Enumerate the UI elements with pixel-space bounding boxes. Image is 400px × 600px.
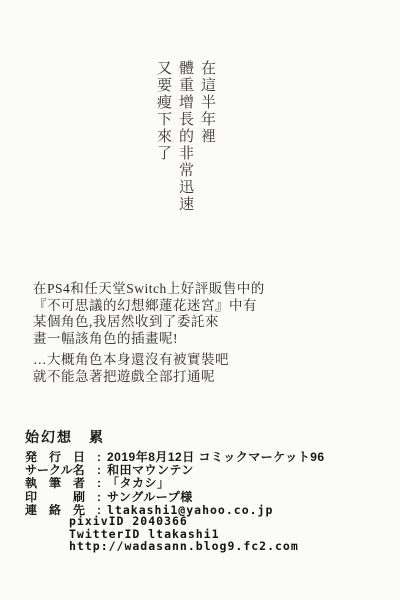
printer-label: 印 刷 <box>25 491 97 504</box>
vertical-note-column-3: 又要瘦下來了 <box>152 60 174 230</box>
blog-url-line: http://wadasann.blog9.fc2.com <box>69 540 299 553</box>
vertical-note-column-2: 體重增長的非常迅速 <box>174 60 196 230</box>
publish-date-value: 2019年8月12日 コミックマーケット96 <box>107 450 325 464</box>
author-value: 「タカシ」 <box>107 476 170 490</box>
colon-separator: : <box>97 491 107 504</box>
afterword-paragraph-2: …大概角色本身還沒有被實裝吧 就不能急著把遊戲全部打通呢 <box>33 352 333 385</box>
circle-name-label: サークル名 <box>25 464 97 477</box>
colon-separator: : <box>97 477 107 490</box>
author-label: 執 筆 者 <box>25 477 97 490</box>
colophon-id-lines: pixivID 2040366 TwitterID ltakashi1 http… <box>69 515 299 553</box>
afterword-paragraph-1: 在PS4和任天堂Switch上好評販售中的 『不可思議的幻想鄉蓮花迷宮』中有 某… <box>33 281 333 347</box>
printer-value: サングループ様 <box>107 490 193 504</box>
vertical-note-column-1: 在這半年裡 <box>196 60 218 230</box>
book-title: 始幻想 累 <box>25 427 105 447</box>
publish-date-label: 発 行 日 <box>25 451 97 464</box>
colophon-info-rows: 発 行 日:2019年8月12日 コミックマーケット96 サークル名:和田マウン… <box>25 451 325 517</box>
pixiv-id-line: pixivID 2040366 <box>69 515 299 528</box>
colophon-row-circle-name: サークル名:和田マウンテン <box>25 464 325 477</box>
doujinshi-colophon-page: 在這半年裡 體重增長的非常迅速 又要瘦下來了 在PS4和任天堂Switch上好評… <box>0 0 400 600</box>
vertical-handwritten-note: 在這半年裡 體重增長的非常迅速 又要瘦下來了 <box>146 60 218 230</box>
